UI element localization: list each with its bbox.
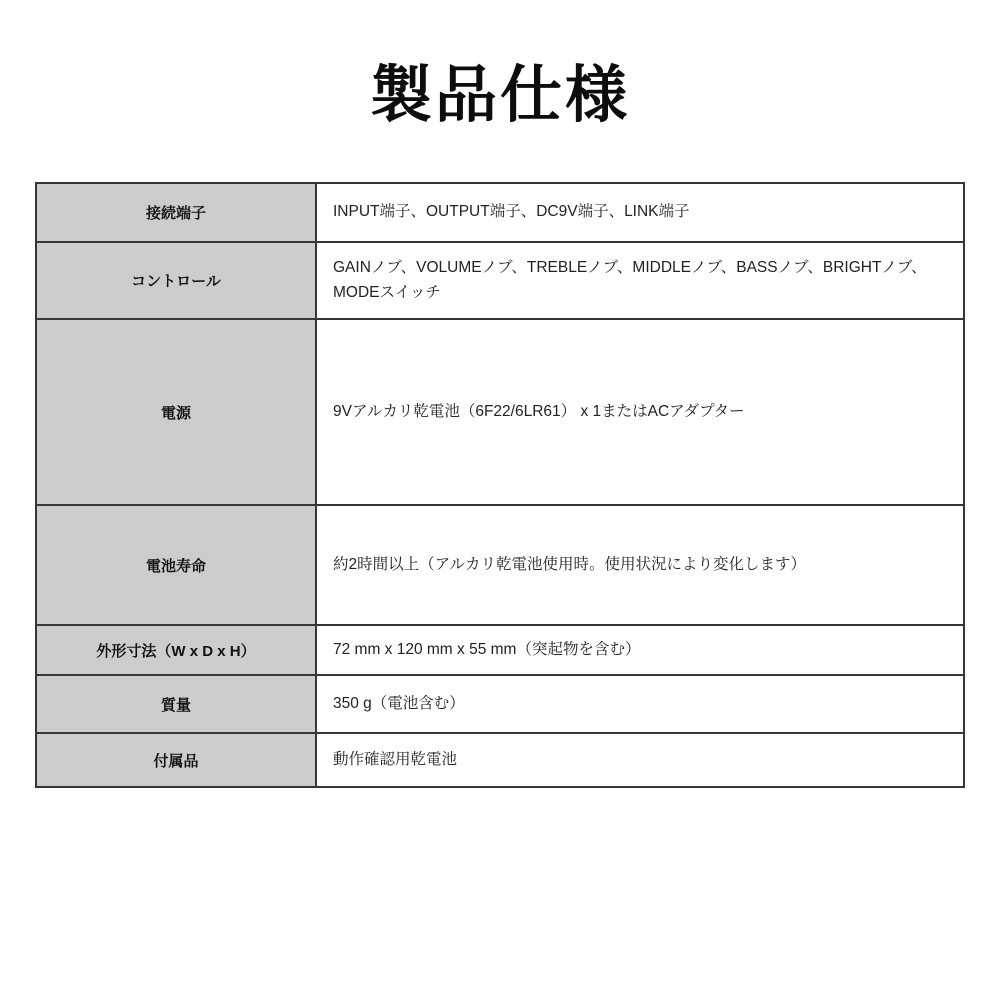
spec-value: GAINノブ、VOLUMEノブ、TREBLEノブ、MIDDLEノブ、BASSノブ…	[316, 242, 964, 319]
spec-label: 接続端子	[36, 183, 316, 242]
spec-value: 72 mm x 120 mm x 55 mm（突起物を含む）	[316, 625, 964, 675]
spec-value: 約2時間以上（アルカリ乾電池使用時。使用状況により変化します）	[316, 505, 964, 625]
spec-value: 動作確認用乾電池	[316, 733, 964, 787]
spec-sheet-page: 製品仕様 接続端子 INPUT端子、OUTPUT端子、DC9V端子、LINK端子…	[0, 0, 1000, 1000]
table-row: 接続端子 INPUT端子、OUTPUT端子、DC9V端子、LINK端子	[36, 183, 964, 242]
spec-label: 電池寿命	[36, 505, 316, 625]
table-row: 電池寿命 約2時間以上（アルカリ乾電池使用時。使用状況により変化します）	[36, 505, 964, 625]
table-row: 付属品 動作確認用乾電池	[36, 733, 964, 787]
spec-value: 9Vアルカリ乾電池（6F22/6LR61） x 1またはACアダプター	[316, 319, 964, 505]
spec-label: コントロール	[36, 242, 316, 319]
table-row: 電源 9Vアルカリ乾電池（6F22/6LR61） x 1またはACアダプター	[36, 319, 964, 505]
spec-label: 外形寸法（W x D x H）	[36, 625, 316, 675]
table-row: 外形寸法（W x D x H） 72 mm x 120 mm x 55 mm（突…	[36, 625, 964, 675]
spec-table: 接続端子 INPUT端子、OUTPUT端子、DC9V端子、LINK端子 コントロ…	[35, 182, 965, 788]
spec-label: 質量	[36, 675, 316, 733]
page-title: 製品仕様	[0, 62, 1000, 130]
spec-label: 付属品	[36, 733, 316, 787]
table-row: 質量 350 g（電池含む）	[36, 675, 964, 733]
spec-table-body: 接続端子 INPUT端子、OUTPUT端子、DC9V端子、LINK端子 コントロ…	[36, 183, 964, 787]
spec-value: INPUT端子、OUTPUT端子、DC9V端子、LINK端子	[316, 183, 964, 242]
table-row: コントロール GAINノブ、VOLUMEノブ、TREBLEノブ、MIDDLEノブ…	[36, 242, 964, 319]
spec-label: 電源	[36, 319, 316, 505]
spec-value: 350 g（電池含む）	[316, 675, 964, 733]
